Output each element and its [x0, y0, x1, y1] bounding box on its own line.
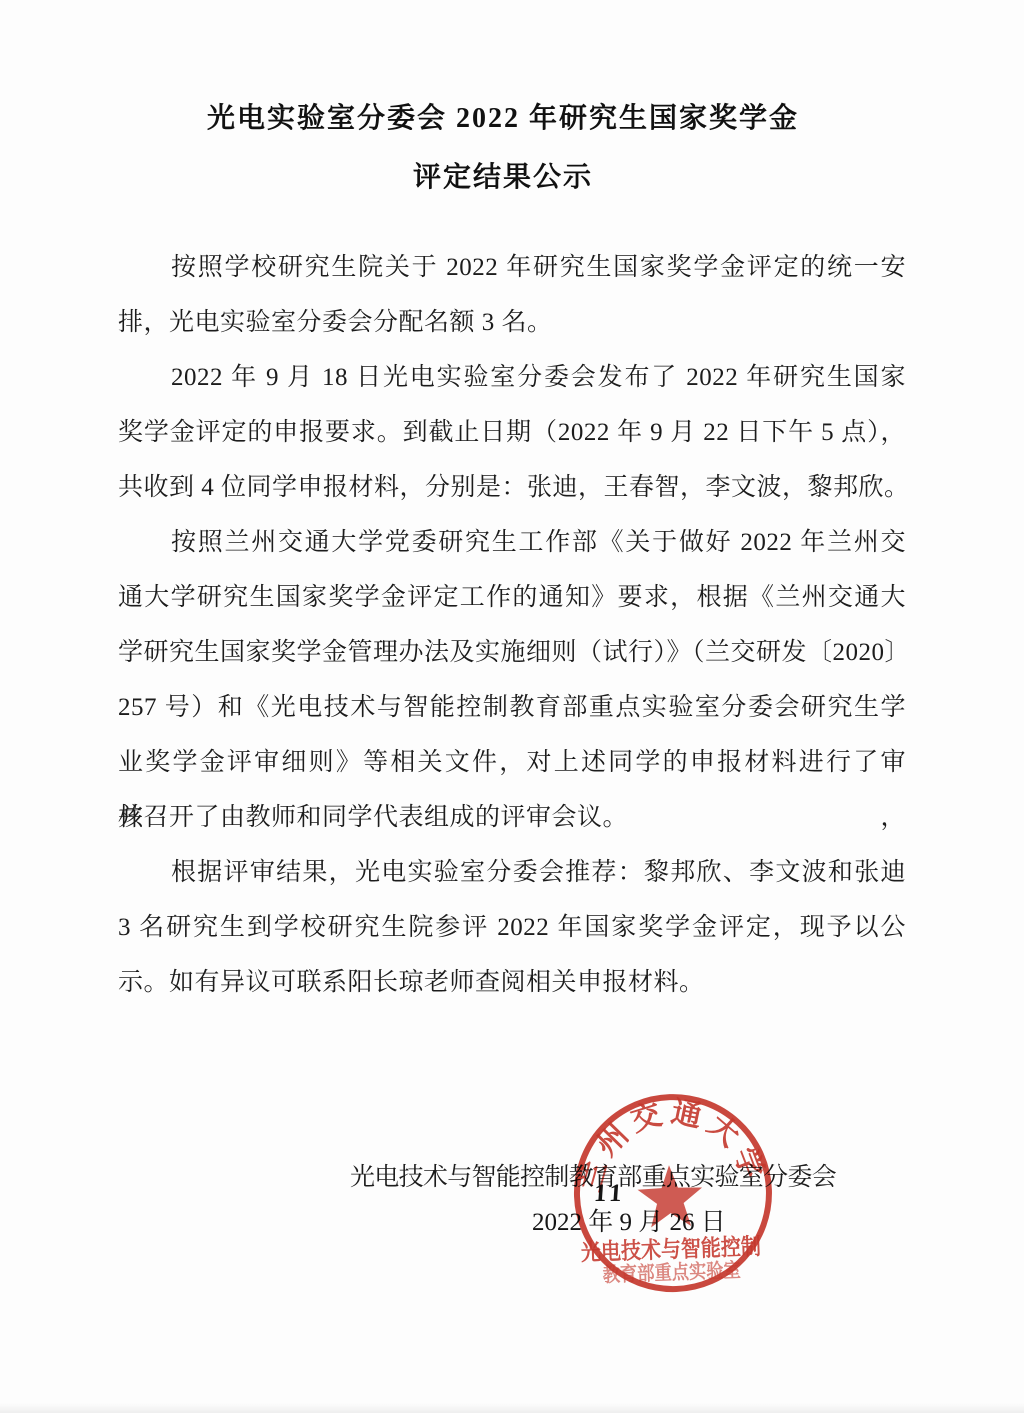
- document-title-line1: 光电实验室分委会 2022 年研究生国家奖学金: [0, 96, 1015, 136]
- body-line: 257 号）和《光电技术与智能控制教育部重点实验室分委会研究生学: [118, 680, 906, 735]
- body-line: 按照兰州交通大学党委研究生工作部《关于做好 2022 年兰州交: [118, 515, 906, 570]
- body-line: 按照学校研究生院关于 2022 年研究生国家奖学金评定的统一安: [118, 240, 906, 295]
- body-line: 根据评审结果，光电实验室分委会推荐：黎邦欣、李文波和张迪: [118, 845, 906, 900]
- body-line: 排，光电实验室分委会分配名额 3 名。: [118, 295, 906, 350]
- body-line: 3 名研究生到学校研究生院参评 2022 年国家奖学金评定，现予以公: [118, 900, 906, 955]
- body-line: 通大学研究生国家奖学金评定工作的通知》要求，根据《兰州交通大: [118, 570, 906, 625]
- body-line: 学研究生国家奖学金管理办法及实施细则（试行）》（兰交研发〔2020〕: [118, 625, 906, 680]
- official-seal-stamp: 兰州交通大学 光电技术与智能控制 教育部重点实验室: [565, 1081, 784, 1306]
- body-line: 业奖学金评审细则》等相关文件，对上述同学的申报材料进行了审核，: [118, 735, 906, 790]
- stamp-star-icon: [637, 1164, 704, 1228]
- scanned-document-page: 光电实验室分委会 2022 年研究生国家奖学金 评定结果公示 按照学校研究生院关…: [0, 0, 1024, 1413]
- body-line: 示。如有异议可联系阳长琼老师查阅相关申报材料。: [118, 955, 906, 1010]
- body-line: 共收到 4 位同学申报材料，分别是：张迪，王春智，李文波，黎邦欣。: [118, 460, 906, 515]
- document-title-line2: 评定结果公示: [0, 155, 1015, 195]
- body-line: 2022 年 9 月 18 日光电实验室分委会发布了 2022 年研究生国家: [118, 350, 906, 405]
- body-line: 奖学金评定的申报要求。到截止日期（2022 年 9 月 22 日下午 5 点），: [118, 405, 906, 460]
- document-body: 按照学校研究生院关于 2022 年研究生国家奖学金评定的统一安排，光电实验室分委…: [118, 240, 906, 1010]
